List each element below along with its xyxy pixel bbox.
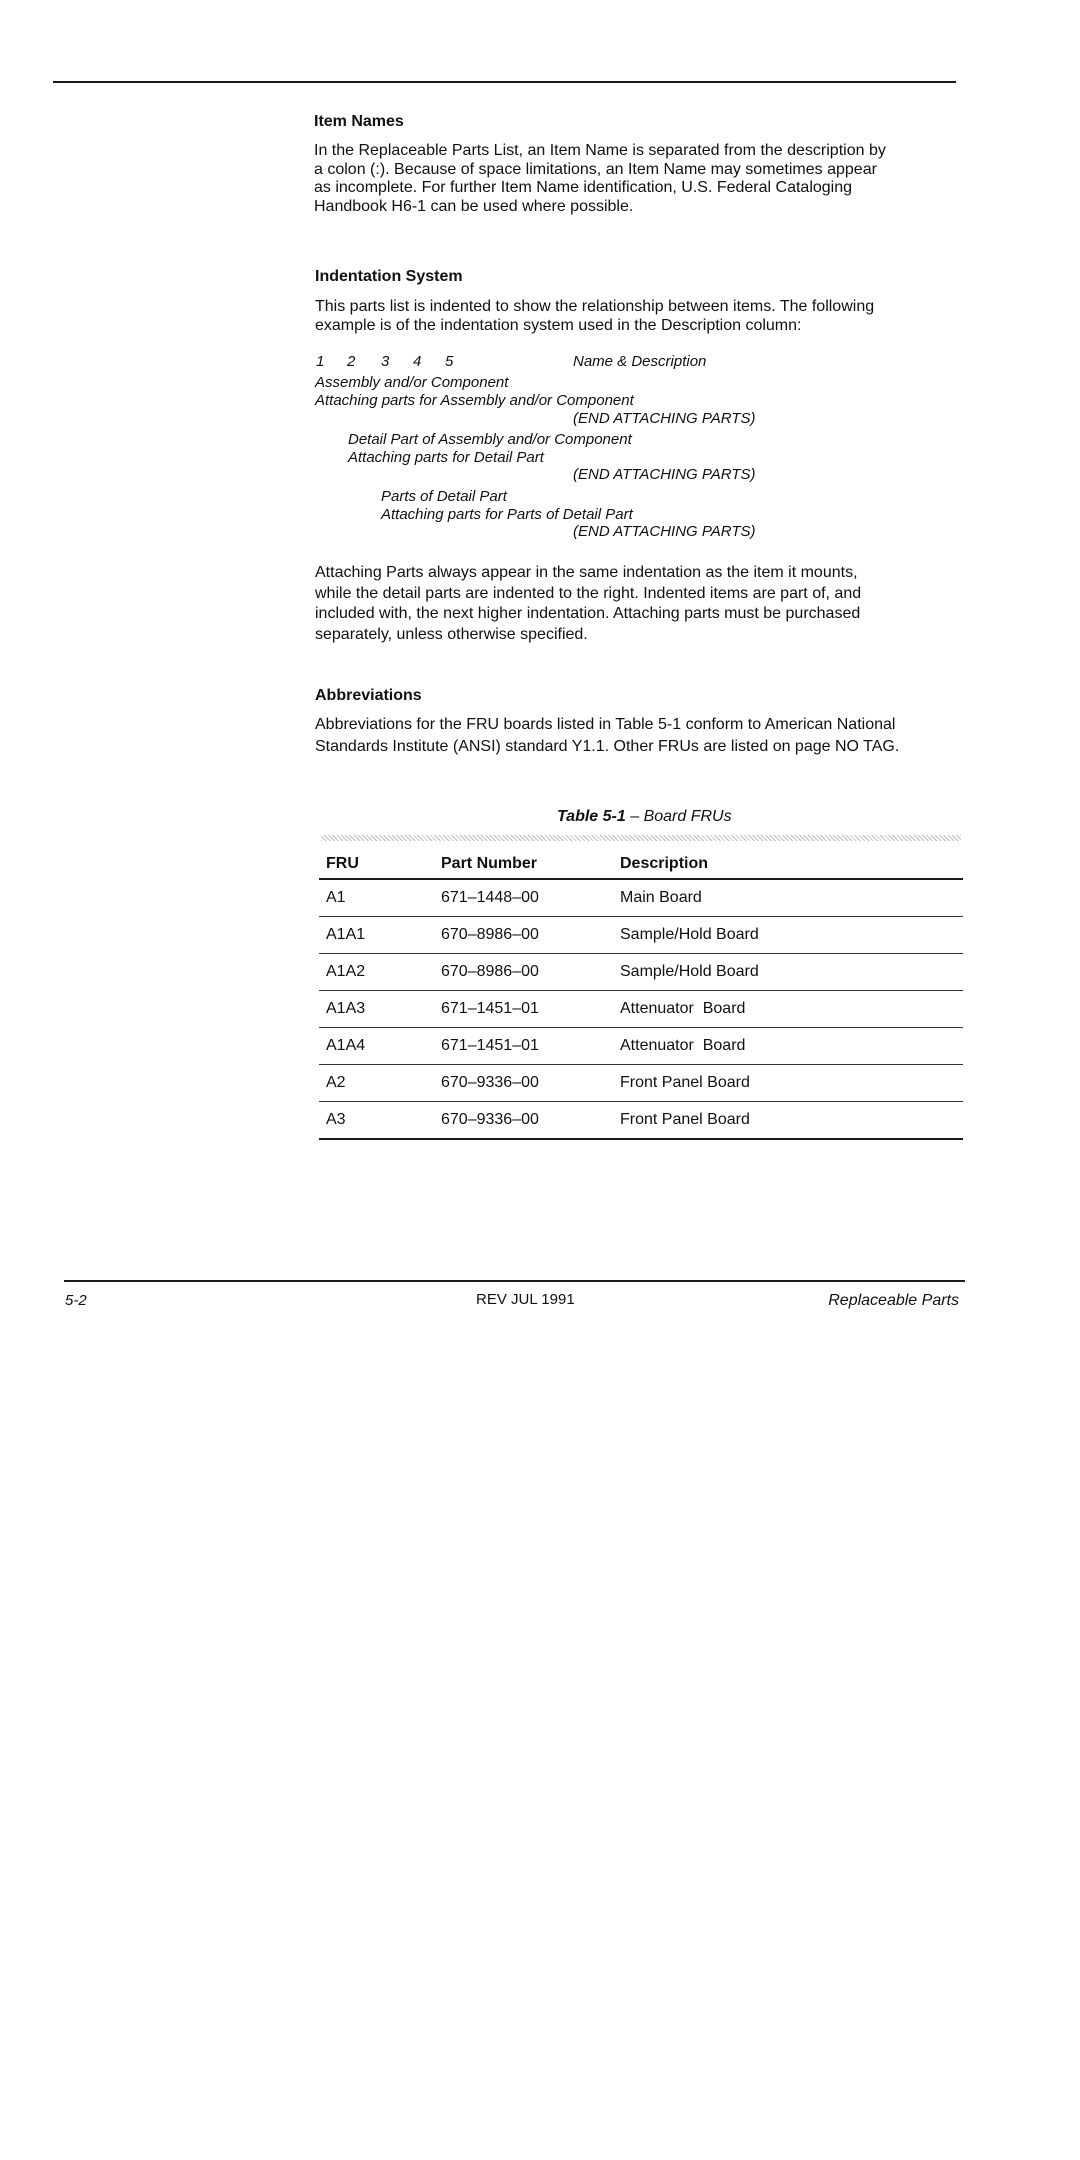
text-line: Attaching Parts always appear in the sam… [315, 564, 861, 583]
cell-part-number: 670–9336–00 [434, 1065, 613, 1102]
column-header-fru: FRU [319, 850, 434, 879]
cell-part-number: 670–9336–00 [434, 1102, 613, 1140]
table-header-row: FRU Part Number Description [319, 850, 963, 879]
example-line: Attaching parts for Assembly and/or Comp… [315, 392, 634, 410]
text-line: Abbreviations for the FRU boards listed … [315, 716, 899, 735]
table-header-band [321, 835, 961, 841]
text-line: included with, the next higher indentati… [315, 605, 861, 624]
table-row: A1671–1448–00Main Board [319, 879, 963, 917]
example-line: Assembly and/or Component [315, 374, 508, 392]
text-line: a colon (:). Because of space limitation… [314, 161, 886, 180]
abbreviations-heading: Abbreviations [315, 686, 422, 706]
level-5: 5 [445, 353, 453, 371]
column-header-description: Description [613, 850, 963, 879]
cell-description: Attenuator Board [613, 991, 963, 1028]
level-3: 3 [381, 353, 389, 371]
table-row: A1A3671–1451–01Attenuator Board [319, 991, 963, 1028]
footer-rule [64, 1280, 965, 1282]
table-row: A3670–9336–00Front Panel Board [319, 1102, 963, 1140]
attaching-parts-paragraph: Attaching Parts always appear in the sam… [315, 564, 861, 644]
page-number: 5-2 [65, 1292, 87, 1310]
cell-part-number: 671–1448–00 [434, 879, 613, 917]
board-fru-table: FRU Part Number Description A1671–1448–0… [319, 850, 963, 1140]
cell-description: Attenuator Board [613, 1028, 963, 1065]
header-rule [53, 81, 956, 83]
cell-description: Sample/Hold Board [613, 917, 963, 954]
cell-description: Front Panel Board [613, 1065, 963, 1102]
example-line: Detail Part of Assembly and/or Component [348, 431, 632, 449]
cell-part-number: 670–8986–00 [434, 917, 613, 954]
example-line: Parts of Detail Part [381, 488, 507, 506]
cell-part-number: 670–8986–00 [434, 954, 613, 991]
table-number: Table 5-1 [557, 808, 626, 825]
text-line: This parts list is indented to show the … [315, 298, 874, 317]
example-line: (END ATTACHING PARTS) [573, 466, 756, 484]
indentation-system-heading: Indentation System [315, 267, 463, 287]
level-1: 1 [316, 353, 324, 371]
caption-dash: – [626, 808, 644, 825]
table-row: A1A1670–8986–00Sample/Hold Board [319, 917, 963, 954]
table-row: A1A2670–8986–00Sample/Hold Board [319, 954, 963, 991]
text-line: as incomplete. For further Item Name ide… [314, 179, 886, 198]
table-title: Board FRUs [644, 808, 732, 825]
level-2: 2 [347, 353, 355, 371]
cell-description: Front Panel Board [613, 1102, 963, 1140]
cell-fru: A1A2 [319, 954, 434, 991]
text-line: In the Replaceable Parts List, an Item N… [314, 142, 886, 161]
example-line: Attaching parts for Detail Part [348, 449, 544, 467]
cell-description: Main Board [613, 879, 963, 917]
example-line: Attaching parts for Parts of Detail Part [381, 506, 633, 524]
cell-fru: A1 [319, 879, 434, 917]
table-row: A2670–9336–00Front Panel Board [319, 1065, 963, 1102]
item-names-heading: Item Names [314, 112, 404, 132]
name-description-label: Name & Description [573, 353, 706, 371]
example-line: (END ATTACHING PARTS) [573, 523, 756, 541]
cell-fru: A3 [319, 1102, 434, 1140]
table-row: A1A4671–1451–01Attenuator Board [319, 1028, 963, 1065]
cell-fru: A1A3 [319, 991, 434, 1028]
revision-date: REV JUL 1991 [476, 1291, 575, 1309]
text-line: example is of the indentation system use… [315, 317, 874, 336]
text-line: Handbook H6-1 can be used where possible… [314, 198, 886, 217]
cell-fru: A2 [319, 1065, 434, 1102]
cell-part-number: 671–1451–01 [434, 991, 613, 1028]
example-line: (END ATTACHING PARTS) [573, 410, 756, 428]
table-body: A1671–1448–00Main BoardA1A1670–8986–00Sa… [319, 879, 963, 1139]
cell-part-number: 671–1451–01 [434, 1028, 613, 1065]
abbreviations-body: Abbreviations for the FRU boards listed … [315, 716, 899, 756]
text-line: Standards Institute (ANSI) standard Y1.1… [315, 738, 899, 757]
cell-fru: A1A4 [319, 1028, 434, 1065]
cell-fru: A1A1 [319, 917, 434, 954]
item-names-body: In the Replaceable Parts List, an Item N… [314, 142, 886, 216]
cell-description: Sample/Hold Board [613, 954, 963, 991]
text-line: separately, unless otherwise specified. [315, 626, 861, 645]
text-line: while the detail parts are indented to t… [315, 585, 861, 604]
level-4: 4 [413, 353, 421, 371]
section-title: Replaceable Parts [828, 1292, 959, 1310]
column-header-part-number: Part Number [434, 850, 613, 879]
table-caption: Table 5-1 – Board FRUs [557, 807, 732, 827]
indentation-system-body: This parts list is indented to show the … [315, 298, 874, 335]
